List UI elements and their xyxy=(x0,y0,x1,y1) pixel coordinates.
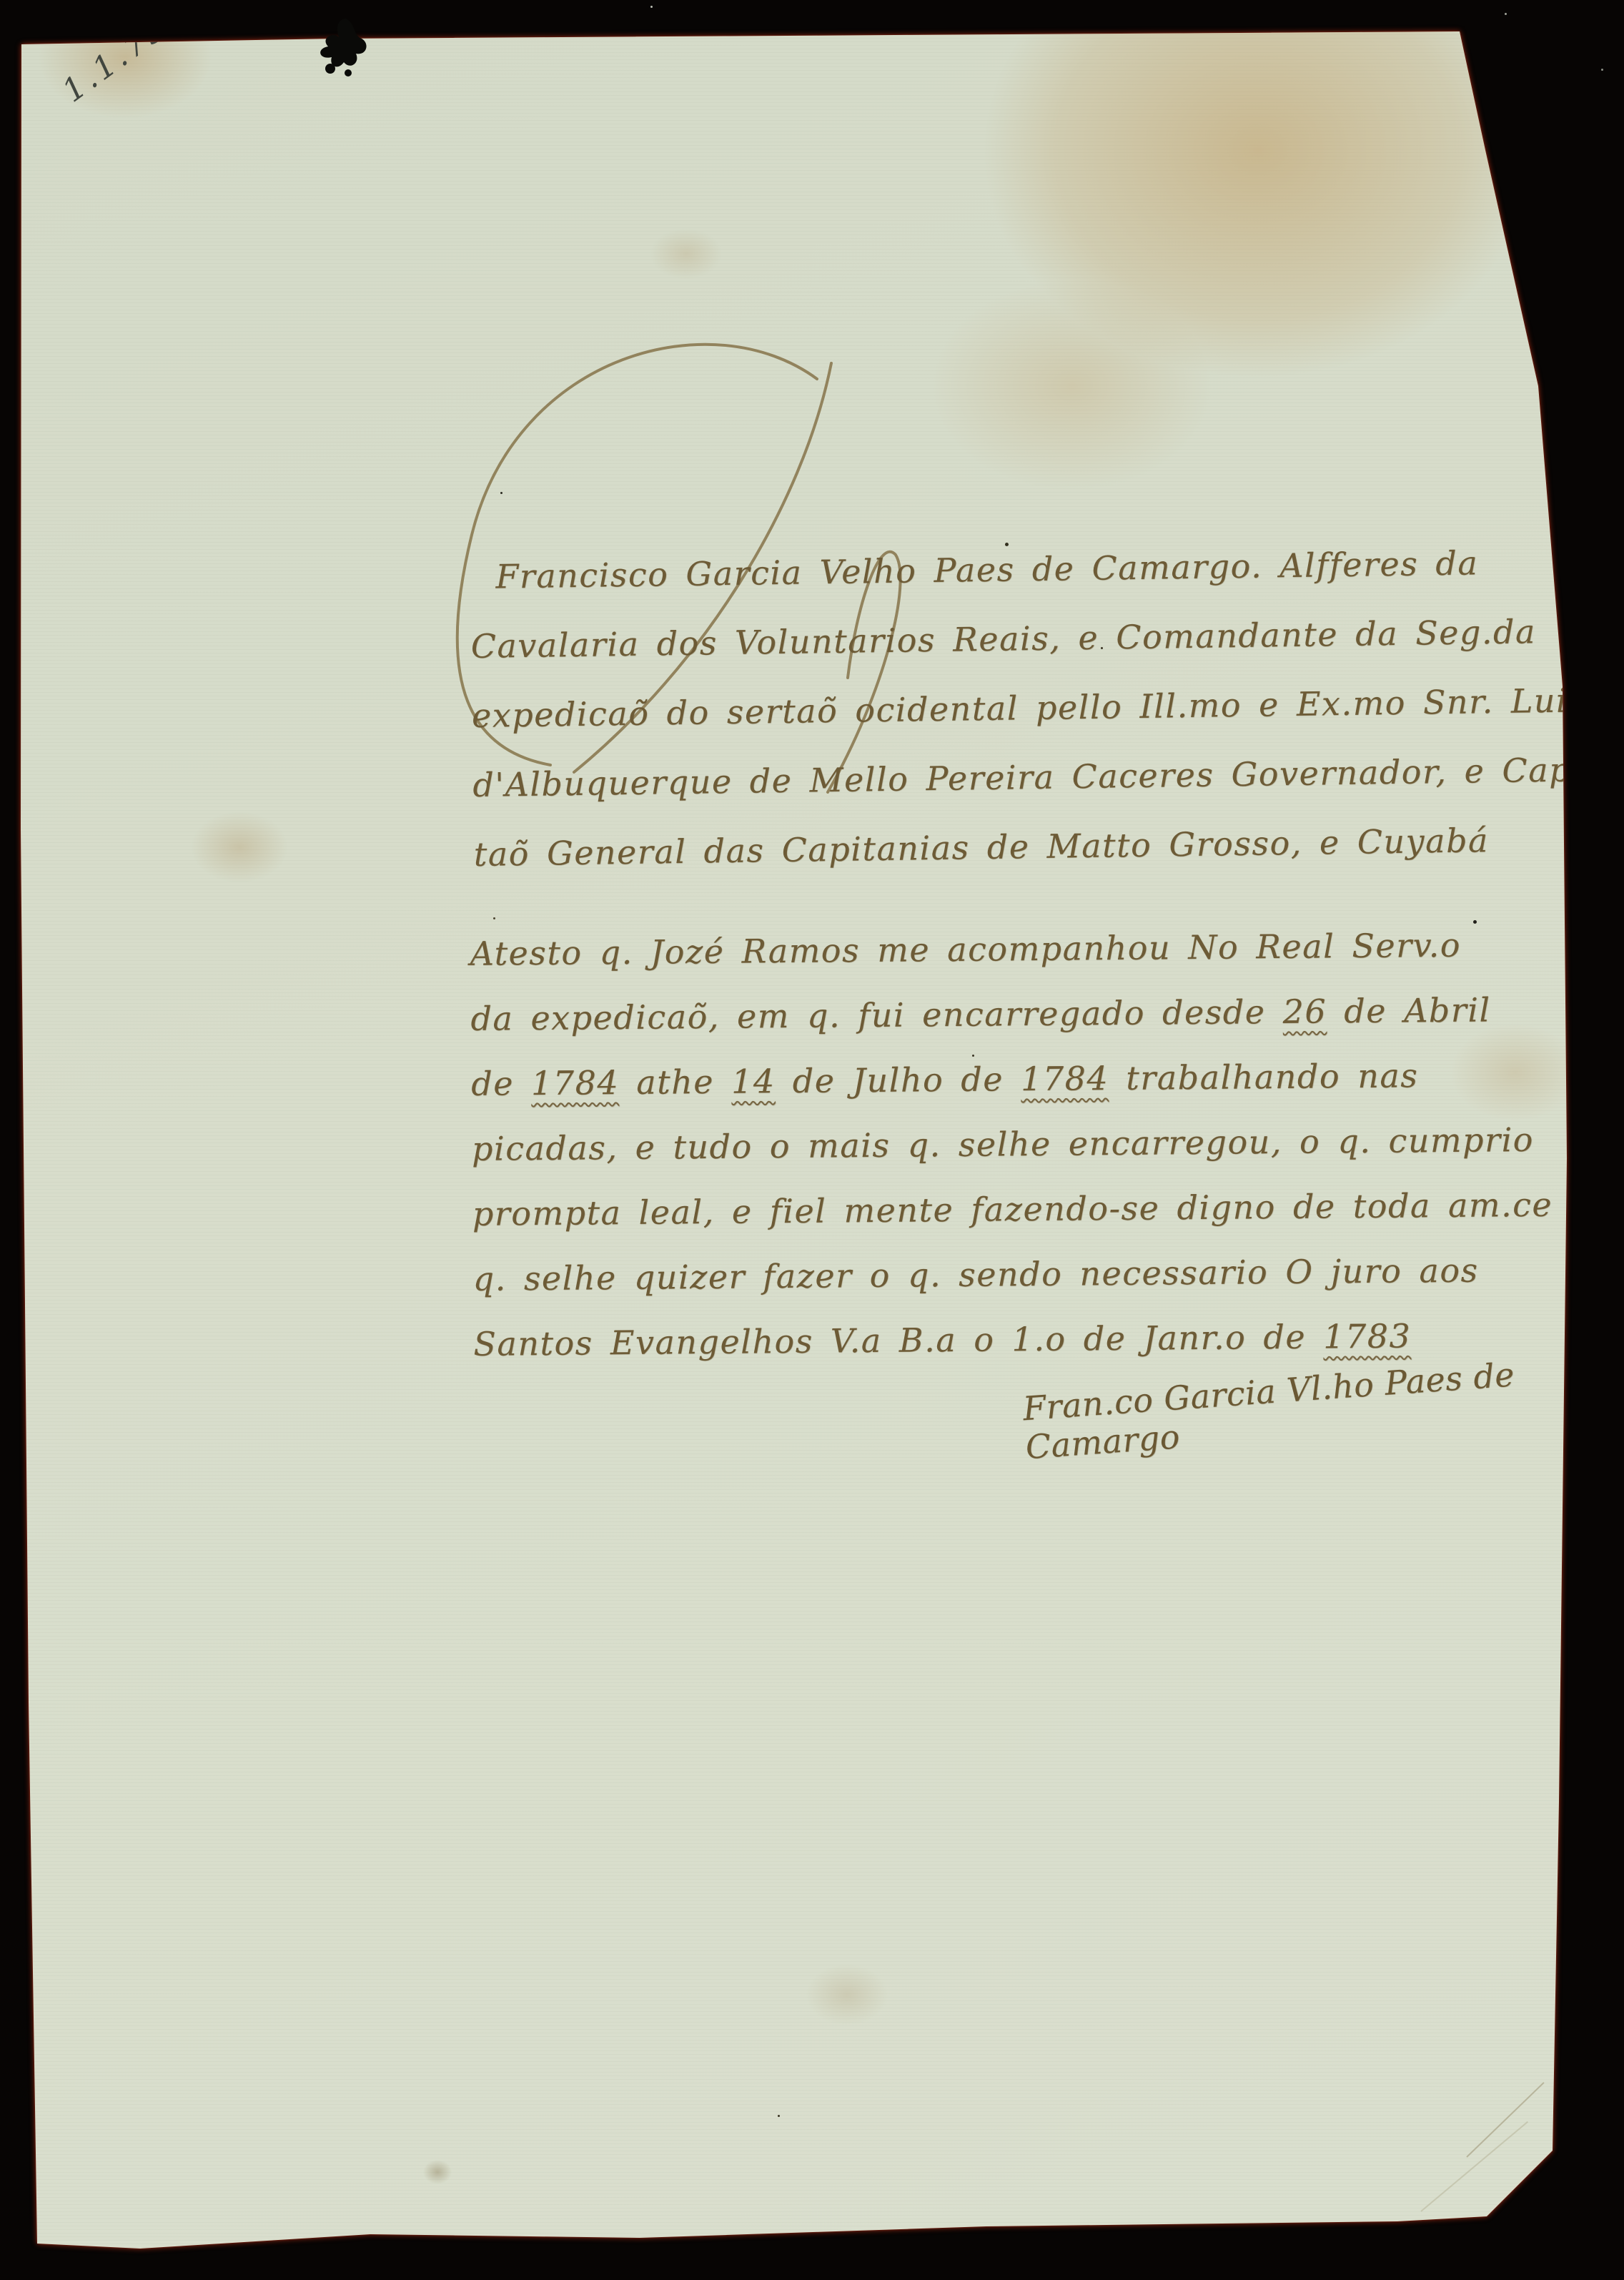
ink-blot-icon xyxy=(309,19,387,87)
dust-specks xyxy=(650,6,653,8)
manuscript-line: Atesto q. Jozé Ramos me acompanhou No Re… xyxy=(470,912,1600,987)
manuscript-paragraph-1: Francisco Garcia Velho Paes de Camargo. … xyxy=(470,527,1604,889)
fold-crease xyxy=(1420,2121,1528,2212)
fold-crease xyxy=(1466,2082,1544,2158)
manuscript-line: da expedicaõ, em q. fui encarregado desd… xyxy=(470,977,1600,1052)
paper-shadow-wrap: 1.1.73 Francisco Garcia Velho Paes de Ca… xyxy=(0,0,1624,2280)
manuscript-paragraph-2: Atesto q. Jozé Ramos me acompanhou No Re… xyxy=(470,912,1603,1377)
manuscript-line: de 1784 athe 14 de Julho de 1784 trabalh… xyxy=(471,1042,1601,1117)
manuscript-paper: 1.1.73 Francisco Garcia Velho Paes de Ca… xyxy=(0,0,1624,2280)
manuscript-line: picadas, e tudo o mais q. selhe encarreg… xyxy=(472,1107,1602,1182)
paper-specks xyxy=(500,492,502,494)
archival-number-pencil: 1.1.73 xyxy=(56,9,175,109)
manuscript-line: taõ General das Capitanias de Matto Gros… xyxy=(473,804,1603,889)
manuscript-line: prompta leal, e fiel mente fazendo-se di… xyxy=(472,1172,1602,1247)
photograph-stage: 1.1.73 Francisco Garcia Velho Paes de Ca… xyxy=(0,0,1624,2280)
manuscript-line: q. selhe quizer fazer o q. sendo necessa… xyxy=(472,1237,1603,1312)
